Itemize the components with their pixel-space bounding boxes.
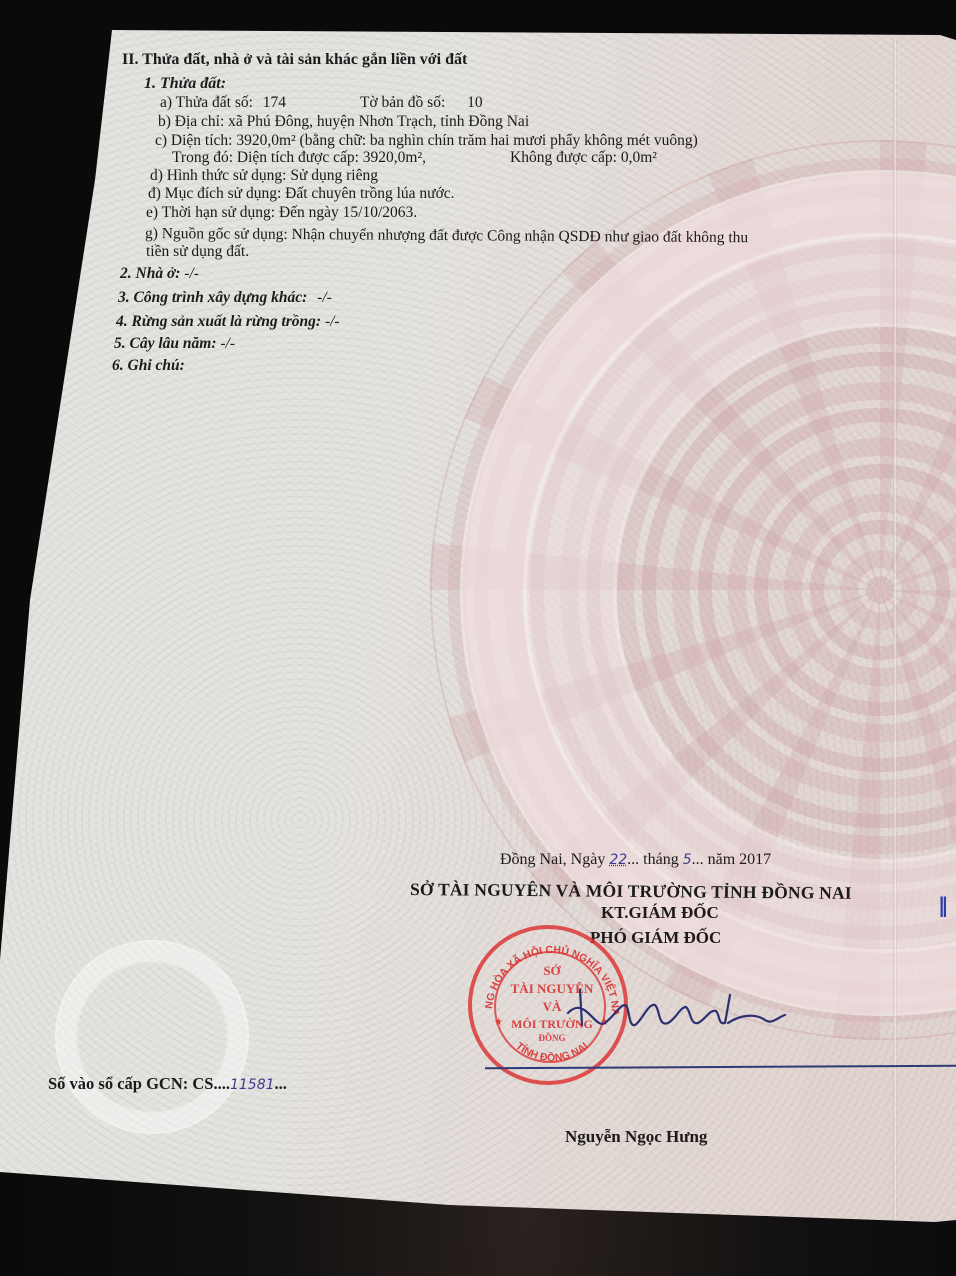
item-other-construction-value: -/- xyxy=(317,289,332,306)
registry-label: Số vào sổ cấp GCN: CS xyxy=(48,1074,213,1093)
year-label: năm 2017 xyxy=(708,851,772,868)
handwritten-mark-icon: ‖ xyxy=(938,893,948,917)
section-title: II. Thửa đất, nhà ở và tài sản khác gắn … xyxy=(122,52,467,68)
organization-name: SỞ TÀI NGUYÊN VÀ MÔI TRƯỜNG TỈNH ĐỒNG NA… xyxy=(410,881,852,902)
area-not-granted: Không được cấp: 0,0m² xyxy=(510,150,657,166)
place-date-prefix: Đồng Nai, Ngày xyxy=(500,851,605,868)
area: c) Diện tích: 3920,0m² (bằng chữ: ba ngh… xyxy=(155,133,698,149)
page-fold xyxy=(893,38,897,1223)
seal-line-1: SỞ xyxy=(472,963,632,979)
parcel-number-row: a) Thửa đất số: 174 xyxy=(160,95,286,111)
item-forest-label: 4. Rừng sản xuất là rừng trồng: xyxy=(116,313,321,330)
embossed-seal-icon xyxy=(55,940,249,1134)
registry-number-row: Số vào sổ cấp GCN: CS....11581... xyxy=(48,1076,287,1093)
item-perennial: 5. Cây lâu năm: -/- xyxy=(114,336,235,352)
item-house-value: -/- xyxy=(184,265,199,282)
signing-day: 22 xyxy=(609,852,627,868)
item-forest-value: -/- xyxy=(325,313,340,330)
on-behalf-title: KT.GIÁM ĐỐC xyxy=(601,904,719,921)
usage-purpose: đ) Mục đích sử dụng: Đất chuyên trồng lú… xyxy=(148,186,455,202)
item-house: 2. Nhà ở: -/- xyxy=(120,266,199,282)
map-sheet-number: 10 xyxy=(467,94,483,111)
usage-form: d) Hình thức sử dụng: Sử dụng riêng xyxy=(150,168,378,184)
place-date: Đồng Nai, Ngày 22... tháng 5... năm 2017 xyxy=(500,852,771,868)
map-sheet-label: Tờ bản đồ số: xyxy=(360,94,445,111)
item-house-label: 2. Nhà ở: xyxy=(120,265,180,282)
signing-month: 5 xyxy=(683,852,692,868)
usage-origin-line2: tiền sử dụng đất. xyxy=(146,244,249,260)
parcel-number: 174 xyxy=(263,94,286,111)
address: b) Địa chỉ: xã Phú Đông, huyện Nhơn Trạc… xyxy=(158,114,529,130)
land-heading: 1. Thửa đất: xyxy=(144,76,226,92)
item-notes: 6. Ghi chú: xyxy=(112,358,185,374)
item-perennial-value: -/- xyxy=(220,335,235,352)
item-forest: 4. Rừng sản xuất là rừng trồng: -/- xyxy=(116,314,340,330)
signer-name: Nguyễn Ngọc Hưng xyxy=(565,1128,707,1145)
registry-number: 11581 xyxy=(230,1077,275,1093)
item-other-construction: 3. Công trình xây dựng khác: -/- xyxy=(118,290,332,306)
parcel-label: a) Thửa đất số: xyxy=(160,94,253,111)
area-granted: Trong đó: Diện tích được cấp: 3920,0m², xyxy=(172,150,426,166)
item-notes-label: 6. Ghi chú: xyxy=(112,357,185,374)
item-other-construction-label: 3. Công trình xây dựng khác: xyxy=(118,289,307,306)
item-perennial-label: 5. Cây lâu năm: xyxy=(114,335,216,352)
map-sheet-row: Tờ bản đồ số: 10 xyxy=(360,95,483,111)
month-label: tháng xyxy=(643,851,679,868)
signature-icon xyxy=(560,985,800,1045)
usage-term: e) Thời hạn sử dụng: Đến ngày 15/10/2063… xyxy=(146,205,417,221)
